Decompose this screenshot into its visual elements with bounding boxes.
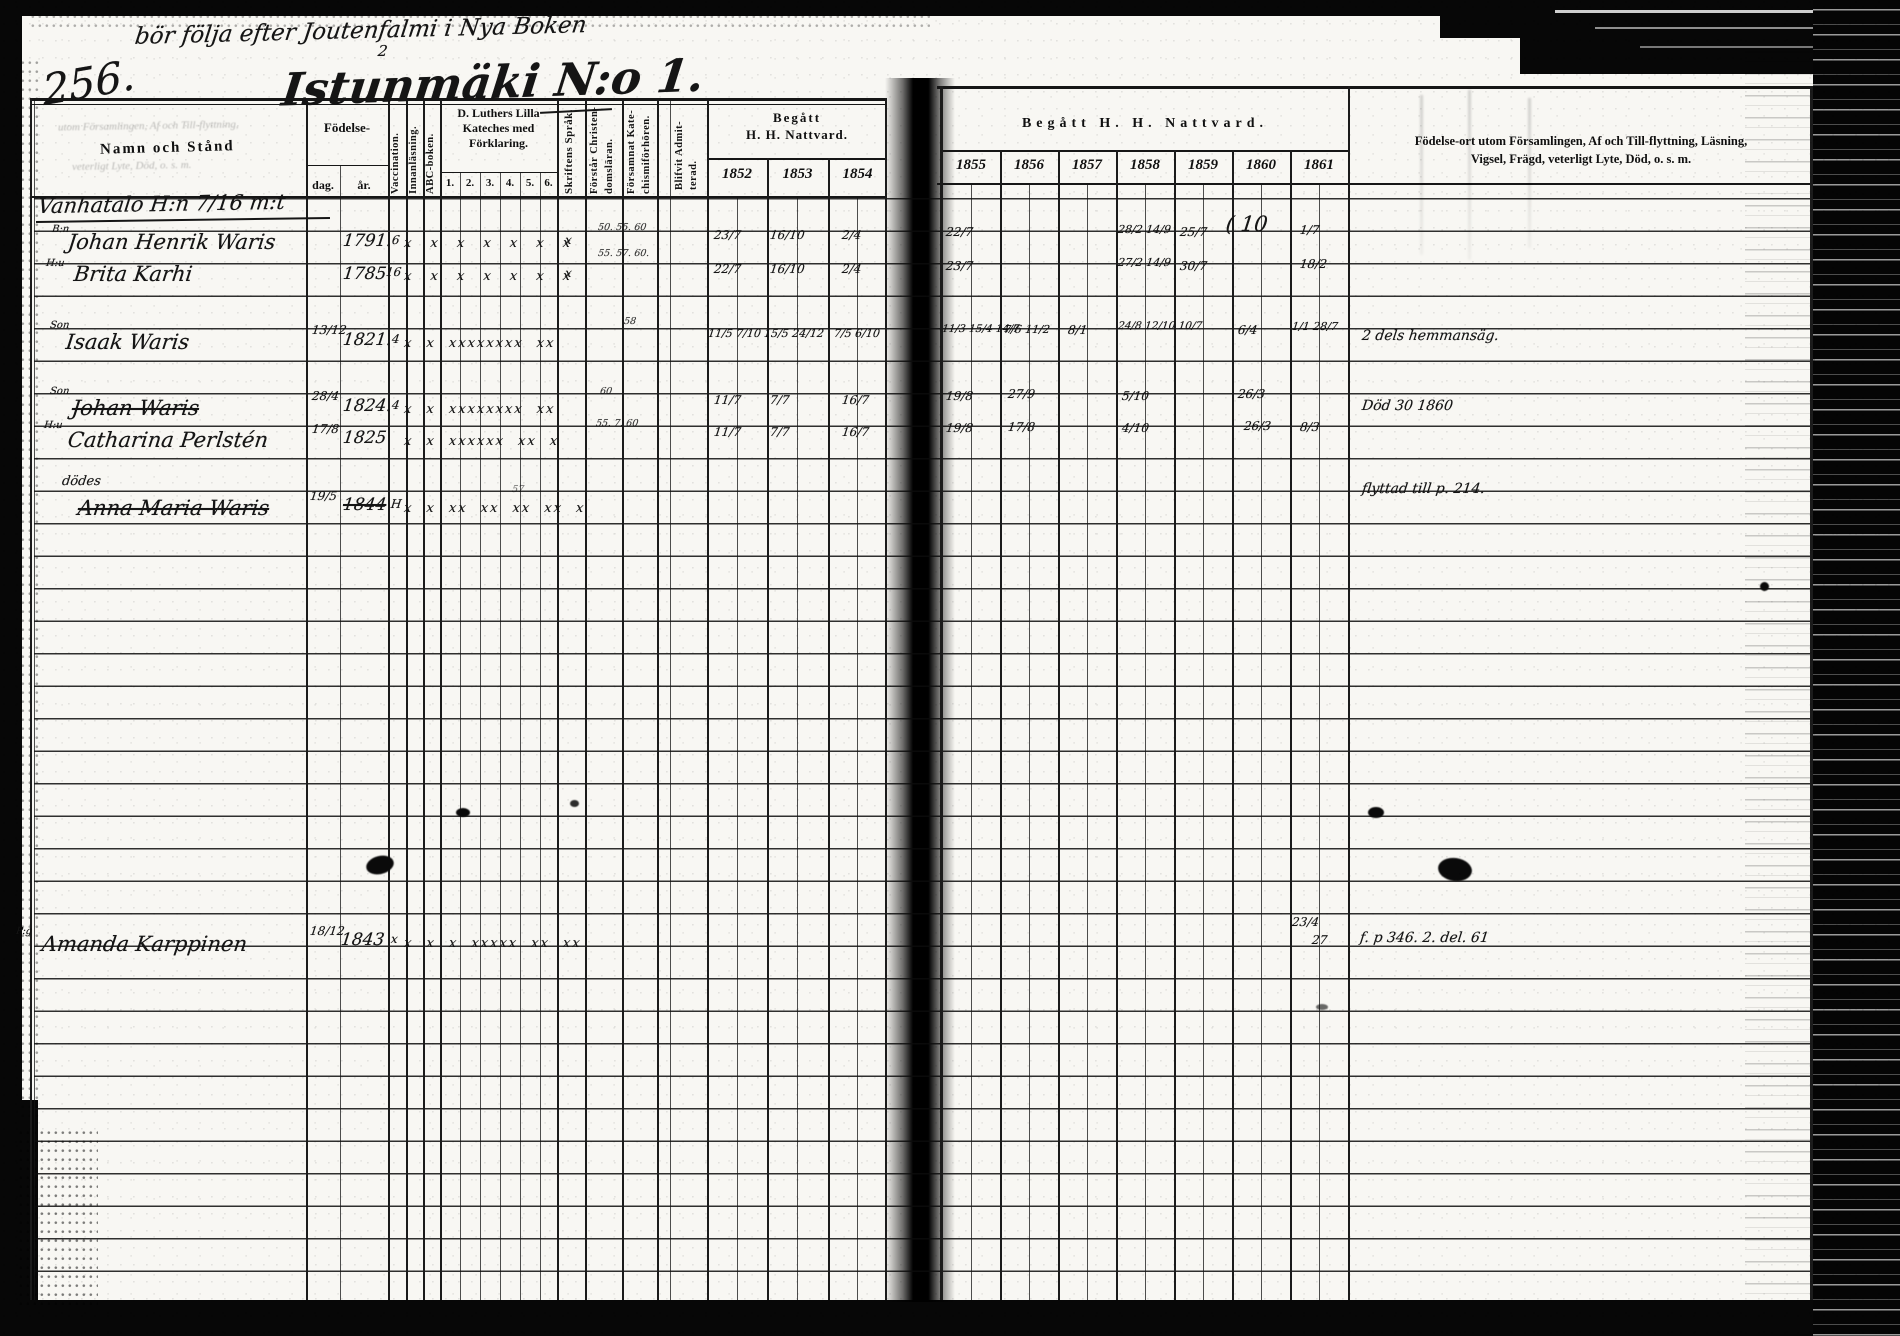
communion-date: 4/10 bbox=[1121, 422, 1149, 435]
column-line bbox=[1232, 150, 1234, 1300]
row-prefix: B:n bbox=[51, 224, 70, 235]
birth-year: 1844 bbox=[342, 495, 388, 515]
bleed-through-streak bbox=[1468, 90, 1471, 260]
ink-blot bbox=[1760, 582, 1769, 591]
birth-day: 18/12 bbox=[309, 925, 345, 938]
header-kateches-num: 1. bbox=[440, 177, 460, 189]
row-name: Isaak Waris bbox=[65, 330, 191, 354]
communion-date: 11/7 bbox=[713, 394, 741, 407]
row-prefix: H:u bbox=[45, 258, 65, 269]
header-kateches-line2: Kateches med bbox=[440, 121, 557, 136]
reading-marks: x x x x x x x bbox=[403, 236, 575, 251]
vaccination-mark: 4 bbox=[391, 333, 400, 346]
communion-date: 27/9 bbox=[1007, 388, 1035, 401]
header-kateches-num: 5. bbox=[520, 177, 540, 189]
ink-blot bbox=[570, 800, 579, 807]
communion-date: 17/8 bbox=[1007, 421, 1035, 434]
forhor-note: 55. 7. 60 bbox=[595, 418, 639, 429]
header-skriftens-sprak: Skriftens Språk. bbox=[563, 102, 575, 194]
fodelse-divider bbox=[306, 165, 388, 166]
title-superscript: 2 bbox=[377, 42, 389, 60]
column-line bbox=[622, 100, 624, 1300]
vaccination-mark: H bbox=[390, 498, 402, 511]
communion-date: 8/3 bbox=[1299, 421, 1320, 434]
bleed-through-streak bbox=[1420, 95, 1423, 255]
column-line bbox=[940, 86, 943, 1300]
year-column-1854: 1854 bbox=[828, 166, 887, 183]
column-line bbox=[857, 198, 858, 1300]
reading-marks: x x xxxxxxxx xx bbox=[403, 402, 556, 417]
communion-date: 27/2 14/9 bbox=[1117, 257, 1171, 269]
right-years-top-rule bbox=[942, 150, 1348, 152]
left-years-top-rule bbox=[707, 158, 887, 160]
right-page-top-rule bbox=[937, 86, 1813, 89]
header-forsamnat-line1: Församnat Kate- bbox=[626, 102, 637, 194]
communion-date: 6/4 bbox=[1237, 324, 1258, 337]
header-abc-boken: ABC-boken. bbox=[425, 102, 436, 194]
year-column-1853: 1853 bbox=[767, 166, 828, 183]
header-namn-och-stand: Namn och Stånd bbox=[100, 138, 235, 159]
scan-border-bottom bbox=[0, 1300, 1900, 1336]
forhor-note: 50. 55. 60 bbox=[597, 222, 647, 233]
header-begatt-line1: Begått bbox=[707, 110, 887, 126]
header-fodelse-dag: dag. bbox=[306, 178, 340, 193]
row-name: Brita Karhi bbox=[73, 262, 194, 286]
column-line bbox=[657, 100, 659, 1300]
communion-date: 27 bbox=[1311, 934, 1328, 947]
header-kateches-num: 2. bbox=[460, 177, 480, 189]
birth-day: 13/12 bbox=[311, 324, 347, 337]
skriftens-mark: x bbox=[564, 267, 572, 280]
birth-year: 1824. bbox=[342, 396, 393, 416]
margin-note: f. p 346. 2. del. 61 bbox=[1359, 930, 1490, 946]
vaccination-mark: 6 bbox=[391, 234, 400, 247]
margin-note: Död 30 1860 bbox=[1361, 398, 1454, 414]
row-prefix: P:g bbox=[15, 926, 33, 937]
birth-year: 1821. bbox=[342, 330, 393, 350]
header-begatt-right: Begått H. H. Nattvard. bbox=[942, 116, 1348, 132]
header-innanlasning: Innanläsning. bbox=[408, 102, 419, 194]
column-line bbox=[1145, 185, 1146, 1300]
communion-date: 11/7 bbox=[713, 426, 741, 439]
communion-date: 1/1 28/7 bbox=[1291, 321, 1338, 333]
year-column-1857: 1857 bbox=[1058, 157, 1116, 174]
birth-year: 1825 bbox=[342, 428, 388, 448]
bleed-through-text: veterligt Lyte, Död, o. s. m. bbox=[72, 159, 192, 173]
year-column-1860: 1860 bbox=[1232, 157, 1290, 174]
column-line bbox=[1261, 185, 1262, 1300]
year-column-1859: 1859 bbox=[1174, 157, 1232, 174]
ledger-ruled-lines bbox=[34, 198, 1812, 1302]
communion-date: 25/7 bbox=[1179, 226, 1207, 239]
column-line bbox=[737, 198, 738, 1300]
column-line bbox=[707, 100, 709, 1300]
scan-border-top-right2 bbox=[1440, 0, 1560, 38]
row-name: Amanda Karppinen bbox=[41, 932, 249, 956]
column-line bbox=[388, 100, 390, 1300]
communion-date: 26/3 bbox=[1237, 388, 1265, 401]
row-name: Johan Waris bbox=[71, 396, 201, 420]
ink-blot bbox=[1316, 1004, 1328, 1010]
year-column-1858: 1858 bbox=[1116, 157, 1174, 174]
page-number: 256. bbox=[41, 50, 137, 115]
year-column-1852: 1852 bbox=[707, 166, 767, 183]
vaccination-mark: x bbox=[390, 933, 398, 946]
communion-date: 11/5 7/10 bbox=[707, 328, 761, 340]
right-header-bottom-rule bbox=[937, 183, 1813, 185]
forhor-note: 57 bbox=[511, 484, 524, 495]
birth-year: 1791. bbox=[342, 231, 393, 251]
reading-marks: x x xx xx xx xx x bbox=[403, 501, 586, 516]
column-line bbox=[1348, 86, 1350, 1300]
communion-date: 26/3 bbox=[1243, 420, 1271, 433]
column-line bbox=[797, 198, 798, 1300]
forhor-note: 60 bbox=[599, 386, 612, 397]
row-prefix: H:u bbox=[43, 420, 63, 431]
year-column-1856: 1856 bbox=[1000, 157, 1058, 174]
row-prefix: dödes bbox=[61, 474, 102, 489]
column-line bbox=[585, 100, 587, 1300]
margin-note: flyttad till p. 214. bbox=[1361, 481, 1486, 497]
header-vaccination: Vaccination. bbox=[390, 102, 401, 194]
birth-year: 1785 bbox=[342, 264, 388, 284]
bleed-through-streak bbox=[1528, 98, 1531, 248]
column-line bbox=[1058, 150, 1060, 1300]
communion-date: 5/10 bbox=[1121, 390, 1149, 403]
communion-date: 7/5 6/10 bbox=[833, 328, 880, 340]
communion-date: 2/4 bbox=[841, 263, 862, 276]
skriftens-mark: x bbox=[564, 234, 572, 247]
reading-marks: x x xxxxxx xx x bbox=[403, 434, 560, 449]
vaccination-mark: 4 bbox=[391, 399, 400, 412]
ink-blot bbox=[456, 808, 470, 817]
row-name: Catharina Perlstén bbox=[67, 428, 270, 452]
column-line bbox=[1810, 86, 1813, 1300]
header-kateches-num: 3. bbox=[480, 177, 500, 189]
forhor-note: 55. 57. 60. bbox=[597, 248, 650, 259]
column-line bbox=[1203, 185, 1204, 1300]
column-line bbox=[34, 98, 35, 1300]
birth-day: 28/4 bbox=[311, 390, 339, 403]
header-notes-line2: Vigsel, Frägd, veterligt Lyte, Död, o. s… bbox=[1355, 152, 1807, 167]
header-kateches-line3: Förklaring. bbox=[440, 136, 557, 151]
communion-date: 15/5 24/12 bbox=[763, 328, 824, 340]
column-line bbox=[885, 98, 887, 1300]
communion-date: 24/8 12/10 10/7 bbox=[1117, 321, 1202, 332]
row-name: Johan Henrik Waris bbox=[67, 230, 277, 254]
header-forsamnat-line2: chismiförhören. bbox=[641, 102, 652, 194]
reading-marks: x x x x x x x bbox=[403, 269, 575, 284]
column-line bbox=[30, 98, 32, 1300]
communion-date: 16/10 bbox=[769, 263, 805, 276]
header-kateches-line1: D. Luthers Lilla bbox=[440, 106, 557, 121]
communion-date: 16/7 bbox=[841, 394, 869, 407]
communion-date: 2/4 bbox=[841, 229, 862, 242]
communion-date: 22/7 bbox=[945, 226, 973, 239]
birth-day: 17/8 bbox=[311, 423, 339, 436]
communion-bracket-mark: ( 10 bbox=[1225, 212, 1270, 236]
header-kateches-num: 6. bbox=[540, 177, 557, 189]
column-line bbox=[971, 185, 972, 1300]
communion-date: 8/1 bbox=[1067, 324, 1088, 337]
header-fodelse: Födelse- bbox=[306, 120, 388, 136]
birth-year: 1843 bbox=[340, 930, 386, 950]
communion-date: 19/8 bbox=[945, 422, 973, 435]
header-begatt-line2: H. H. Nattvard. bbox=[707, 127, 887, 143]
communion-date: 16/7 bbox=[841, 426, 869, 439]
communion-date: 16/10 bbox=[769, 229, 805, 242]
ink-blot bbox=[1368, 807, 1384, 818]
forhor-note: 58 bbox=[623, 316, 636, 327]
farm-heading: Vanhatalo H:n 7/16 m:t bbox=[37, 190, 287, 218]
column-line bbox=[670, 100, 671, 1300]
row-name: Anna Maria Waris bbox=[77, 496, 271, 520]
communion-date: 7/6 11/2 bbox=[1003, 324, 1050, 336]
header-notes-line1: Födelse-ort utom Församlingen, Af och Ti… bbox=[1355, 134, 1807, 149]
margin-note: 2 dels hemmansäg. bbox=[1361, 328, 1500, 344]
header-blifvit-line2: terad. bbox=[688, 106, 699, 190]
communion-date: 28/2 14/9 bbox=[1117, 224, 1171, 236]
communion-date: 22/7 bbox=[713, 263, 741, 276]
column-line bbox=[1319, 185, 1320, 1300]
vaccination-mark: 16 bbox=[385, 266, 402, 279]
column-line bbox=[1087, 185, 1088, 1300]
communion-date: 23/7 bbox=[945, 260, 973, 273]
communion-date: 23/4 bbox=[1291, 916, 1319, 929]
reading-marks: x x xxxxxxxx xx bbox=[403, 336, 556, 351]
year-column-1855: 1855 bbox=[942, 157, 1000, 174]
header-kateches-num: 4. bbox=[500, 177, 520, 189]
row-prefix: Son bbox=[49, 386, 70, 397]
bleed-through-text: utom Församlingen, Af och Till-flyttning… bbox=[58, 118, 239, 133]
header-fodelse-ar: år. bbox=[340, 178, 388, 193]
communion-date: 23/7 bbox=[713, 229, 741, 242]
header-forstar-line1: Förstår Christen- bbox=[589, 102, 600, 194]
communion-date: 1/7 bbox=[1299, 224, 1320, 237]
column-line bbox=[306, 100, 308, 1300]
communion-date: 18/2 bbox=[1299, 258, 1327, 271]
scan-border-right bbox=[1813, 0, 1900, 1336]
column-line bbox=[1029, 185, 1030, 1300]
header-blifvit-line1: Blifvit Admit- bbox=[674, 106, 685, 190]
reading-marks: x x x xxxxx xx xx bbox=[403, 936, 582, 951]
birth-day: 19/5 bbox=[309, 490, 337, 503]
communion-date: 7/7 bbox=[769, 394, 790, 407]
header-forstar-line2: domsläran. bbox=[604, 102, 615, 194]
column-line bbox=[828, 158, 830, 1300]
scanned-ledger-page: 256. bör följa efter Joutenfalmi i Nya B… bbox=[0, 0, 1900, 1336]
communion-date: 7/7 bbox=[769, 426, 790, 439]
communion-date: 30/7 bbox=[1179, 260, 1207, 273]
year-column-1861: 1861 bbox=[1290, 157, 1348, 174]
communion-date: 19/8 bbox=[945, 390, 973, 403]
